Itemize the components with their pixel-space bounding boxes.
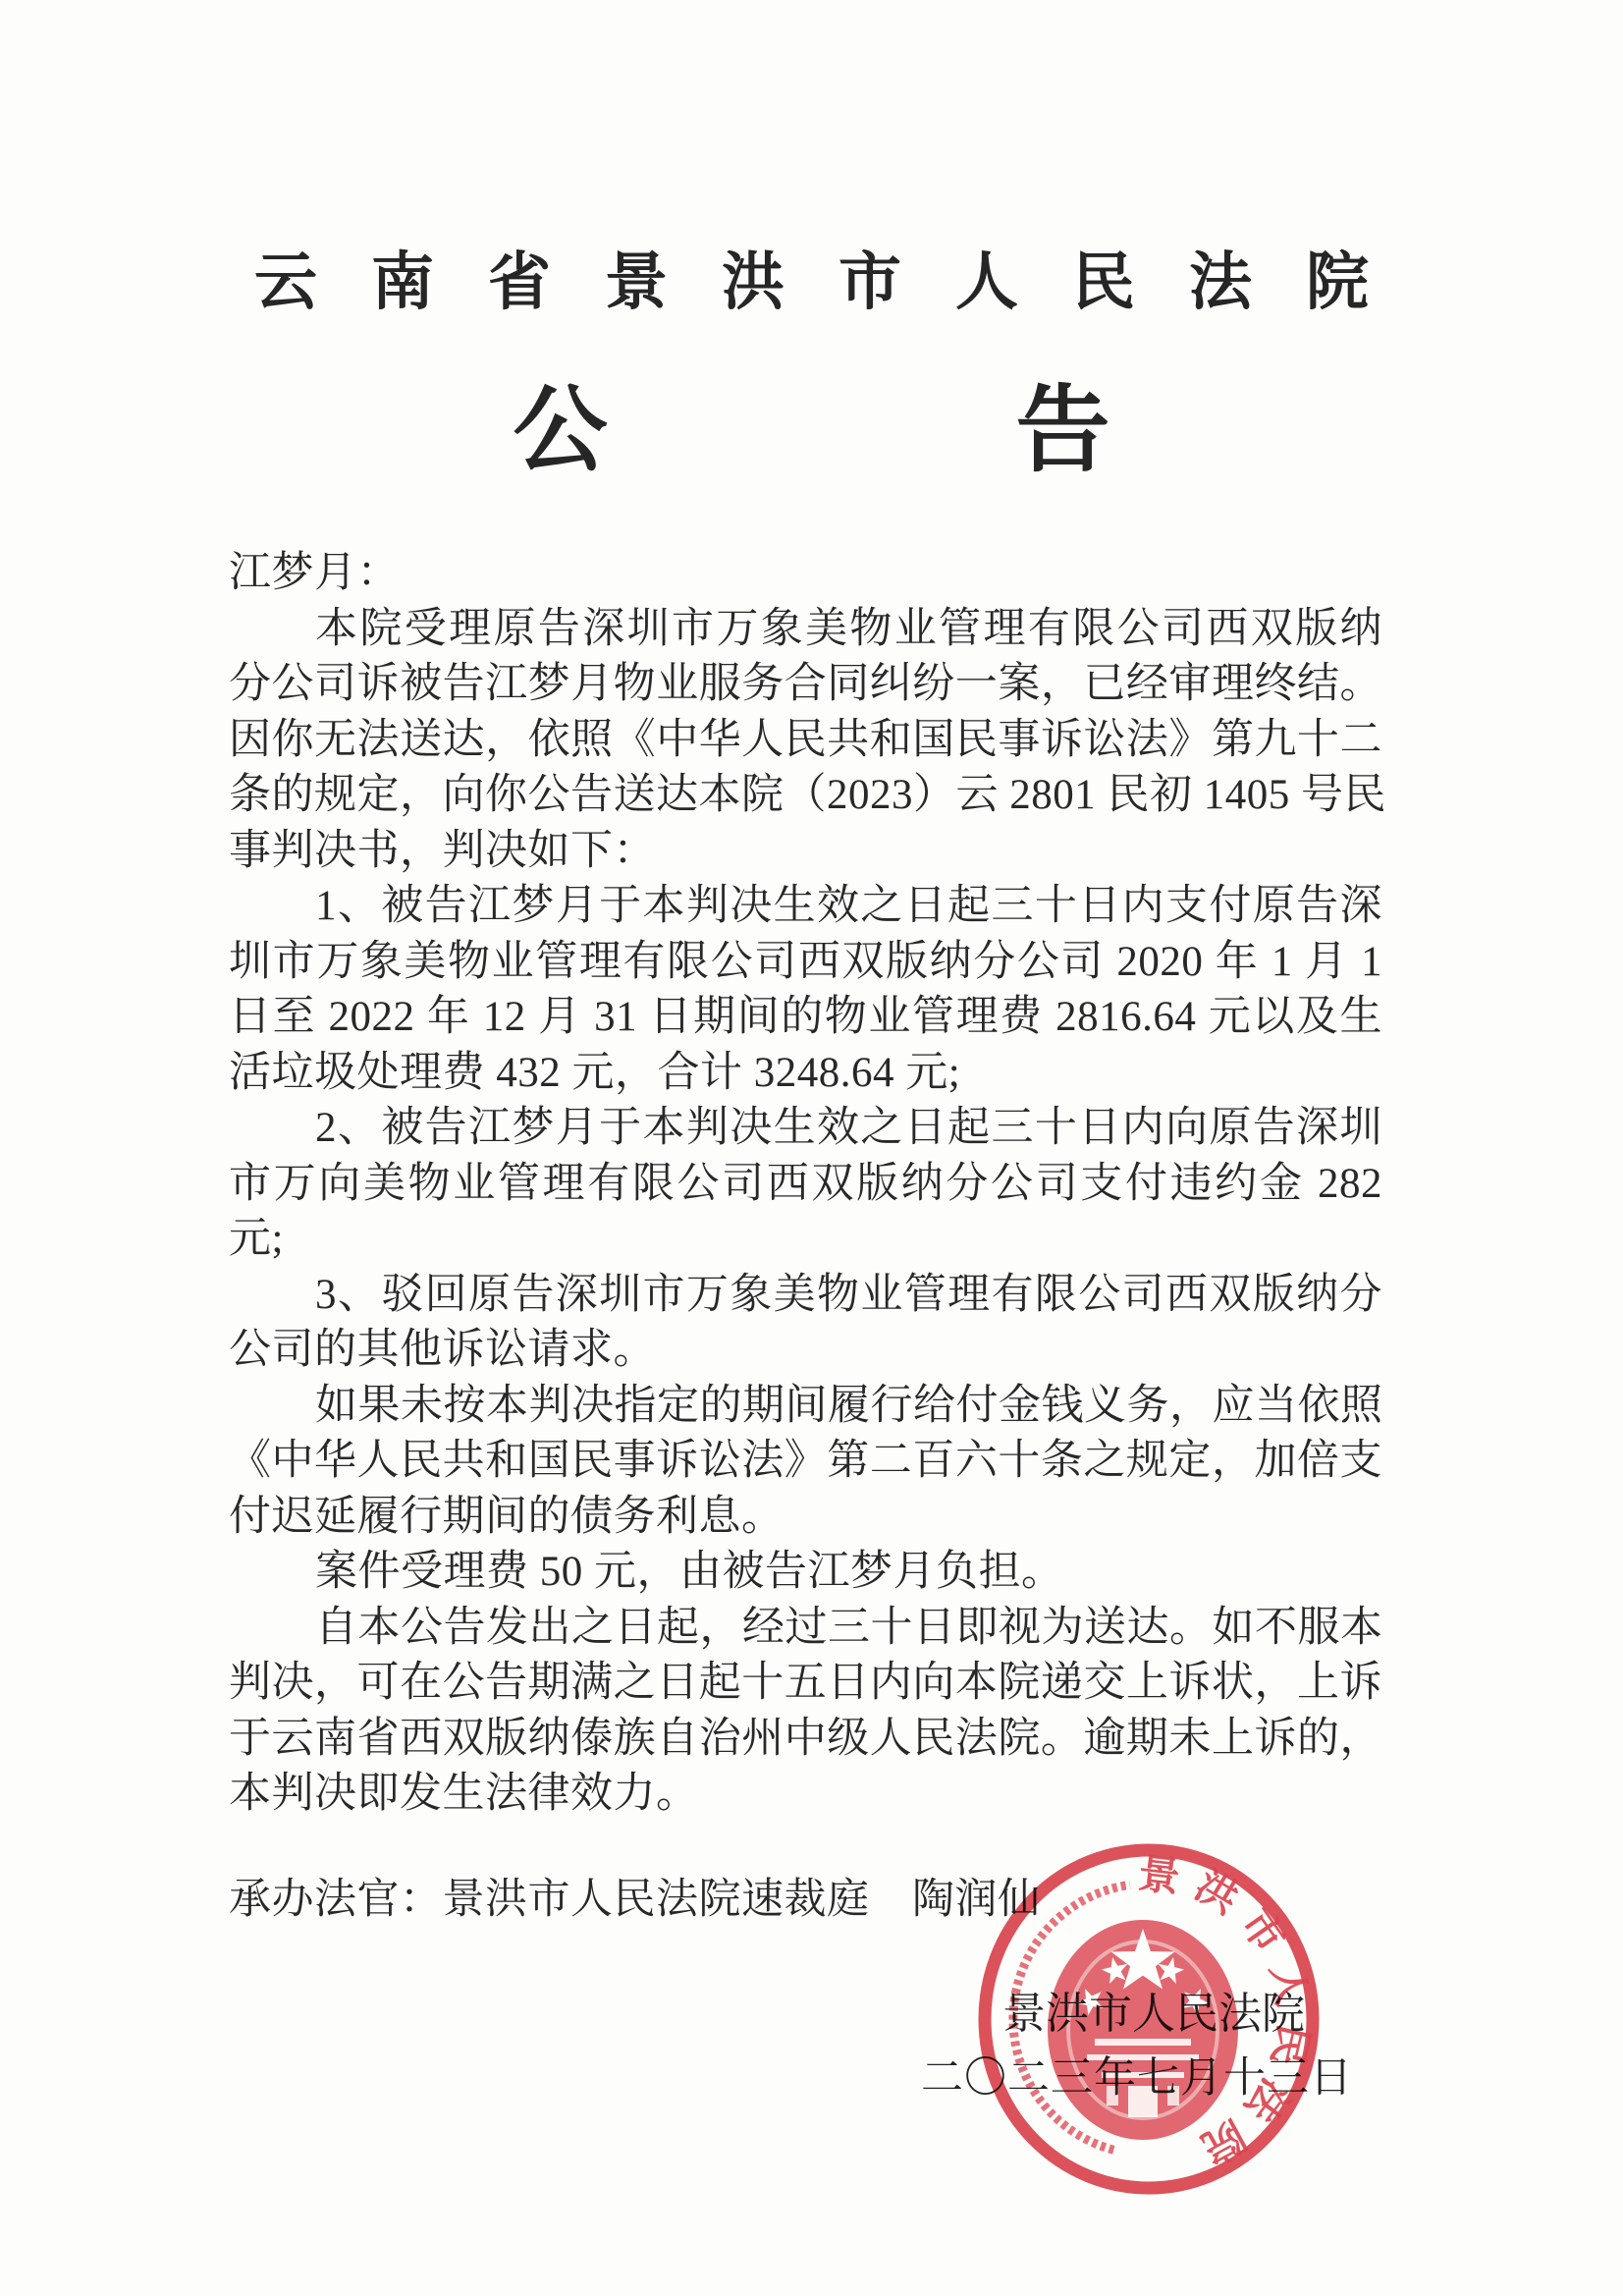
announcement-body: 江梦月： 本院受理原告深圳市万象美物业管理有限公司西双版纳 分公司诉被告江梦月物… [229,546,1382,1823]
body-line: 分公司诉被告江梦月物业服务合同纠纷一案，已经审理终结。 [229,657,1382,713]
body-line: 2、被告江梦月于本判决生效之日起三十日内向原告深圳 [229,1101,1382,1157]
notice-title: 公 告 [0,355,1623,490]
official-seal-stamp: 景洪市人民法院 [971,1836,1326,2202]
body-line: 付迟延履行期间的债务利息。 [229,1490,1382,1546]
body-line: 1、被告江梦月于本判决生效之日起三十日内支付原告深 [229,879,1382,935]
body-line: 自本公告发出之日起，经过三十日即视为送达。如不服本 [229,1601,1382,1657]
body-line: 判决，可在公告期满之日起十五日内向本院递交上诉状，上诉 [229,1656,1382,1712]
body-line: 本判决即发生法律效力。 [229,1767,1382,1823]
body-line: 因你无法送达，依照《中华人民共和国民事诉讼法》第九十二 [229,713,1382,769]
body-line: 圳市万象美物业管理有限公司西双版纳分公司 2020 年 1 月 1 [229,935,1382,991]
body-line: 3、驳回原告深圳市万象美物业管理有限公司西双版纳分 [229,1268,1382,1324]
body-line: 公司的其他诉讼请求。 [229,1323,1382,1379]
body-line: 《中华人民共和国民事诉讼法》第二百六十条之规定，加倍支 [229,1434,1382,1490]
body-line: 元; [229,1212,1382,1268]
body-line: 本院受理原告深圳市万象美物业管理有限公司西双版纳 [229,602,1382,658]
document-page: 云南省景洪市人民法院 公 告 江梦月： 本院受理原告深圳市万象美物业管理有限公司… [0,0,1623,2296]
judge-line: 承办法官：景洪市人民法院速裁庭 陶润仙 [229,1873,1041,1928]
recipient-line: 江梦月： [229,546,1382,602]
body-line: 于云南省西双版纳傣族自治州中级人民法院。逾期未上诉的， [229,1712,1382,1768]
body-line: 条的规定，向你公告送达本院（2023）云 2801 民初 1405 号民 [229,768,1382,824]
body-line: 案件受理费 50 元，由被告江梦月负担。 [229,1545,1382,1601]
court-title: 云南省景洪市人民法院 [0,232,1623,322]
body-line: 事判决书，判决如下： [229,824,1382,880]
body-line: 市万向美物业管理有限公司西双版纳分公司支付违约金 282 [229,1157,1382,1213]
body-line: 日至 2022 年 12 月 31 日期间的物业管理费 2816.64 元以及生 [229,990,1382,1046]
body-line: 活垃圾处理费 432 元，合计 3248.64 元; [229,1046,1382,1102]
body-line: 如果未按本判决指定的期间履行给付金钱义务，应当依照 [229,1379,1382,1435]
national-emblem [1048,1920,1238,2140]
